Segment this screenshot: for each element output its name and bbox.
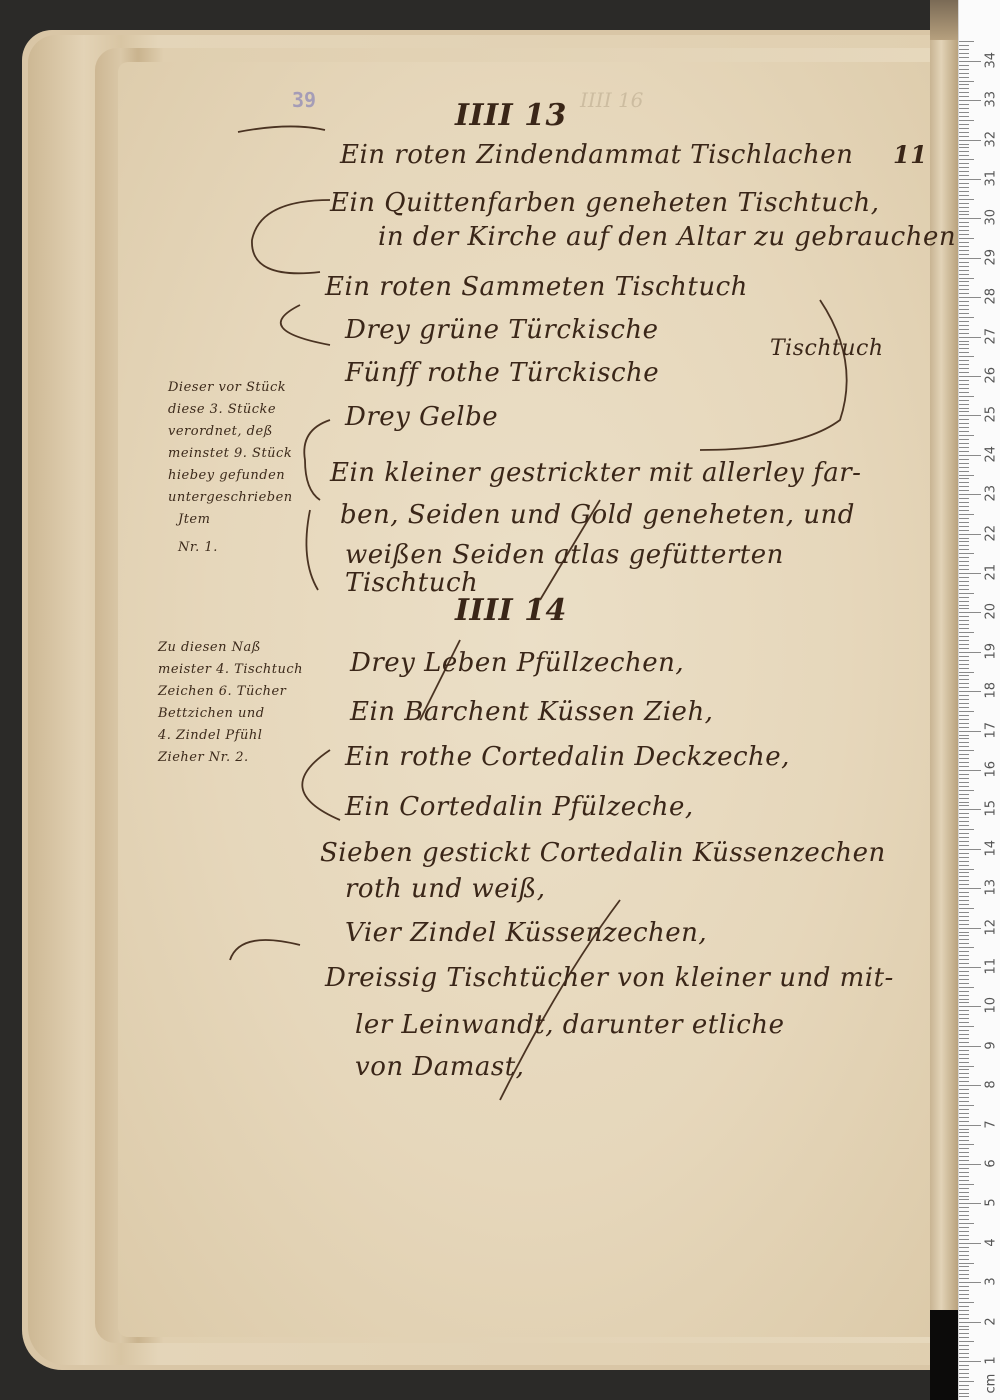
ruler-label: 3	[984, 1274, 999, 1290]
ruler-tick	[959, 869, 974, 870]
ruler-tick	[959, 569, 969, 570]
ruler-tick	[959, 534, 981, 535]
ruler-tick	[959, 947, 974, 948]
ruler-tick	[959, 274, 969, 275]
ruler-tick	[959, 1314, 969, 1315]
ruler-tick	[959, 419, 969, 420]
ruler-tick	[959, 128, 969, 129]
ruler-tick	[959, 1278, 969, 1279]
ruler-tick	[959, 1298, 969, 1299]
ruler-tick	[959, 506, 969, 507]
ruler-tick	[959, 1156, 969, 1157]
ruler-tick	[959, 754, 969, 755]
ruler-tick	[959, 640, 969, 641]
ruler-tick	[959, 884, 969, 885]
ruler-tick	[959, 695, 969, 696]
ruler-tick	[959, 1326, 969, 1327]
ruler-tick	[959, 605, 969, 606]
ruler-tick	[959, 167, 969, 168]
ruler-tick	[959, 766, 969, 767]
ruler-tick	[959, 329, 969, 330]
ruler-tick	[959, 388, 969, 389]
ruler-tick	[959, 750, 974, 751]
ruler-tick	[959, 61, 981, 62]
ruler-tick	[959, 360, 969, 361]
ruler-tick	[959, 672, 974, 673]
ruler-label: 27	[984, 328, 999, 344]
ruler-tick	[959, 341, 969, 342]
ruler-tick	[959, 731, 981, 732]
ruler-tick	[959, 356, 974, 357]
ruler-tick	[959, 222, 969, 223]
ruler-tick	[959, 959, 969, 960]
margin-note-line: verordnet, deß	[168, 424, 273, 439]
ruler-label: 16	[984, 762, 999, 778]
margin-note-line: 4. Zindel Pfühl	[158, 728, 262, 743]
ruler-tick	[959, 1125, 981, 1126]
ruler-tick	[959, 297, 981, 298]
ruler-label: 34	[984, 52, 999, 68]
ruler-tick	[959, 888, 981, 889]
ruler-tick	[959, 337, 981, 338]
ruler-tick	[959, 664, 969, 665]
ruler-tick	[959, 770, 981, 771]
ruler-tick	[959, 876, 969, 877]
ruler-tick	[959, 601, 969, 602]
ruler-tick	[959, 916, 969, 917]
ruler-tick	[959, 955, 969, 956]
ruler-tick	[959, 258, 981, 259]
ruler-tick	[959, 829, 974, 830]
ruler-tick	[959, 1243, 981, 1244]
ruler-tick	[959, 896, 969, 897]
ruler-tick	[959, 1389, 969, 1390]
ruler-tick	[959, 817, 969, 818]
ruler-tick	[959, 1322, 981, 1323]
ruler-tick	[959, 478, 969, 479]
ruler-tick	[959, 384, 969, 385]
entry-header-13: IIII 13	[455, 98, 567, 133]
ruler-tick	[959, 1093, 969, 1094]
ruler-tick	[959, 585, 969, 586]
margin-note-line: Bettzichen und	[158, 706, 265, 721]
ruler-tick	[959, 404, 969, 405]
ruler-tick	[959, 92, 969, 93]
ruler-tick	[959, 313, 969, 314]
text-line: Ein rothe Cortedalin Deckzeche,	[345, 742, 790, 772]
ruler-tick	[959, 727, 969, 728]
ruler-tick	[959, 321, 969, 322]
ruler-tick	[959, 983, 969, 984]
ruler-tick	[959, 1377, 969, 1378]
ruler-tick	[959, 857, 969, 858]
ruler-tick	[959, 423, 969, 424]
ruler-tick	[959, 526, 969, 527]
ruler-tick	[959, 1018, 969, 1019]
ruler-tick	[959, 620, 969, 621]
text-line: roth und weiß,	[345, 874, 546, 904]
ruler-tick	[959, 1211, 969, 1212]
ruler-tick	[959, 1006, 981, 1007]
text-line: Drey grüne Türckische	[345, 315, 659, 345]
ruler-tick	[959, 254, 969, 255]
ruler-tick	[959, 951, 969, 952]
ruler-tick	[959, 1038, 969, 1039]
ruler-tick	[959, 147, 969, 148]
ruler-tick	[959, 183, 969, 184]
ruler-tick	[959, 691, 981, 692]
ruler-tick	[959, 636, 969, 637]
ruler-tick	[959, 100, 981, 101]
ruler-tick	[959, 624, 969, 625]
ruler-tick	[959, 589, 969, 590]
ruler-tick	[959, 104, 969, 105]
ruler-tick	[959, 510, 969, 511]
ruler-tick	[959, 979, 969, 980]
ruler-tick	[959, 471, 969, 472]
measurement-ruler: cm 1234567891011121314151617181920212223…	[958, 0, 1000, 1400]
ruler-label: 25	[984, 407, 999, 423]
ruler-tick	[959, 1306, 969, 1307]
ruler-tick	[959, 88, 969, 89]
ruler-tick	[959, 175, 969, 176]
ruler-tick	[959, 57, 969, 58]
ruler-label: 29	[984, 249, 999, 265]
ruler-tick	[959, 368, 969, 369]
ruler-tick	[959, 616, 969, 617]
margin-note-line: untergeschrieben	[168, 490, 293, 505]
ruler-tick	[959, 144, 969, 145]
ruler-tick	[959, 238, 974, 239]
ruler-tick	[959, 455, 981, 456]
text-line: Drey Leben Pfüllzechen,	[350, 648, 684, 678]
ruler-label: 11	[984, 959, 999, 975]
text-line: Dreissig Tischtücher von kleiner und mit…	[325, 963, 894, 993]
ruler-tick	[959, 1353, 969, 1354]
ruler-tick	[959, 561, 969, 562]
ruler-tick	[959, 865, 969, 866]
ruler-label: 5	[984, 1195, 999, 1211]
ruler-tick	[959, 821, 969, 822]
ruler-label: 4	[984, 1234, 999, 1250]
ruler-tick	[959, 364, 969, 365]
ruler-tick	[959, 943, 969, 944]
ruler-label: 17	[984, 722, 999, 738]
ruler-tick	[959, 1381, 974, 1382]
ruler-tick	[959, 1022, 969, 1023]
ruler-tick	[959, 530, 969, 531]
ruler-tick	[959, 348, 969, 349]
ruler-tick	[959, 1329, 969, 1330]
ruler-tick	[959, 195, 969, 196]
ruler-tick	[959, 1073, 969, 1074]
ruler-tick	[959, 475, 974, 476]
ruler-tick	[959, 463, 969, 464]
ruler-tick	[959, 1199, 969, 1200]
ruler-tick	[959, 1160, 969, 1161]
ruler-tick	[959, 305, 969, 306]
ruler-tick	[959, 1148, 969, 1149]
ruler-tick	[959, 746, 969, 747]
ruler-tick	[959, 41, 974, 42]
ruler-tick	[959, 1259, 969, 1260]
text-line: Ein Barchent Küssen Zieh,	[350, 697, 713, 727]
text-line: weißen Seiden atlas gefütterten	[345, 540, 784, 570]
ruler-tick	[959, 1282, 981, 1283]
ruler-tick	[959, 285, 969, 286]
ruler-tick	[959, 120, 974, 121]
ruler-label: 6	[984, 1156, 999, 1172]
ruler-tick	[959, 1361, 981, 1362]
ruler-tick	[959, 486, 969, 487]
ruler-tick	[959, 557, 969, 558]
ruler-tick	[959, 632, 974, 633]
ruler-tick	[959, 593, 974, 594]
ruler-tick	[959, 723, 969, 724]
ruler-tick	[959, 380, 969, 381]
ruler-tick	[959, 675, 969, 676]
ruler-tick	[959, 1034, 969, 1035]
ruler-tick	[959, 140, 981, 141]
margin-note-line: Zieher Nr. 2.	[158, 750, 249, 765]
entry-header-14: IIII 14	[455, 593, 567, 628]
ruler-tick	[959, 1081, 969, 1082]
margin-note-line: Nr. 1.	[178, 540, 218, 555]
ruler-tick	[959, 191, 969, 192]
ruler-tick	[959, 825, 969, 826]
ruler-tick	[959, 837, 969, 838]
ruler-tick	[959, 69, 969, 70]
ruler-tick	[959, 1129, 969, 1130]
ruler-tick	[959, 1042, 969, 1043]
ruler-tick	[959, 431, 969, 432]
ruler-tick	[959, 872, 969, 873]
ruler-tick	[959, 1207, 969, 1208]
ruler-tick	[959, 920, 969, 921]
ruler-tick	[959, 1172, 969, 1173]
ruler-tick	[959, 234, 969, 235]
ruler-tick	[959, 1132, 969, 1133]
ruler-tick	[959, 1385, 969, 1386]
ruler-label: 13	[984, 880, 999, 896]
ruler-tick	[959, 1164, 981, 1165]
ruler-tick	[959, 451, 969, 452]
ruler-tick	[959, 703, 969, 704]
ruler-tick	[959, 735, 969, 736]
ruler-tick	[959, 301, 969, 302]
ruler-tick	[959, 679, 969, 680]
ruler-tick	[959, 1393, 969, 1394]
ruler-tick	[959, 841, 969, 842]
ruler-tick	[959, 656, 969, 657]
ruler-tick	[959, 514, 974, 515]
ruler-tick	[959, 266, 969, 267]
ruler-tick	[959, 435, 974, 436]
ruler-label: 1	[984, 1353, 999, 1369]
ruler-tick	[959, 439, 969, 440]
ruler-tick	[959, 116, 969, 117]
ruler-tick	[959, 924, 969, 925]
ruler-tick	[959, 738, 969, 739]
ruler-tick	[959, 211, 969, 212]
ruler-label: 23	[984, 486, 999, 502]
ruler-tick	[959, 612, 981, 613]
ruler-tick	[959, 376, 981, 377]
ruler-tick	[959, 861, 969, 862]
ruler-tick	[959, 668, 969, 669]
ruler-tick	[959, 935, 969, 936]
ruler-tick	[959, 53, 969, 54]
ruler-tick	[959, 1026, 974, 1027]
ruler-tick	[959, 573, 981, 574]
ruler-tick	[959, 522, 969, 523]
ruler-tick	[959, 1203, 981, 1204]
ruler-tick	[959, 1310, 969, 1311]
ruler-tick	[959, 813, 969, 814]
margin-note-line: Zu diesen Naß	[158, 640, 261, 655]
ruler-label: 7	[984, 1116, 999, 1132]
ruler-tick	[959, 1357, 969, 1358]
ruler-tick	[959, 49, 969, 50]
ruler-tick	[959, 581, 969, 582]
ruler-tick	[959, 538, 969, 539]
ruler-tick	[959, 293, 969, 294]
ruler-tick	[959, 1286, 969, 1287]
ruler-tick	[959, 482, 969, 483]
ruler-tick	[959, 207, 969, 208]
ruler-tick	[959, 774, 969, 775]
ruler-tick	[959, 778, 969, 779]
ruler-tick	[959, 1263, 974, 1264]
ruler-tick	[959, 427, 969, 428]
ruler-tick	[959, 1365, 969, 1366]
margin-note-line: Jtem	[178, 512, 210, 527]
ruler-tick	[959, 798, 969, 799]
ruler-tick	[959, 912, 969, 913]
ruler-tick	[959, 1117, 969, 1118]
ruler-tick	[959, 1302, 974, 1303]
ruler-label: 30	[984, 210, 999, 226]
ruler-label: 15	[984, 801, 999, 817]
ruler-tick	[959, 553, 974, 554]
right-margin-note: Tischtuch	[770, 336, 884, 361]
ruler-tick	[959, 132, 969, 133]
ruler-tick	[959, 1227, 969, 1228]
ruler-tick	[959, 999, 969, 1000]
ruler-tick	[959, 928, 981, 929]
ruler-tick	[959, 159, 974, 160]
ruler-tick	[959, 73, 969, 74]
ruler-tick	[959, 1290, 969, 1291]
text-line: Vier Zindel Küssenzechen,	[345, 918, 707, 948]
ruler-tick	[959, 411, 969, 412]
ruler-tick	[959, 1014, 969, 1015]
ruler-tick	[959, 644, 969, 645]
ruler-tick	[959, 1097, 969, 1098]
ruler-tick	[959, 1058, 969, 1059]
ruler-tick	[959, 1266, 969, 1267]
ruler-tick	[959, 1223, 974, 1224]
ruler-tick	[959, 65, 969, 66]
ruler-tick	[959, 400, 969, 401]
ruler-tick	[959, 1215, 969, 1216]
ruler-tick	[959, 408, 969, 409]
ruler-tick	[959, 833, 969, 834]
ruler-tick	[959, 652, 981, 653]
ruler-tick	[959, 1231, 969, 1232]
ruler-tick	[959, 1140, 969, 1141]
ruler-label: 12	[984, 919, 999, 935]
ruler-tick	[959, 96, 969, 97]
ruler-tick	[959, 1168, 969, 1169]
ruler-tick	[959, 262, 969, 263]
ruler-tick	[959, 498, 969, 499]
ruler-tick	[959, 853, 969, 854]
ruler-tick	[959, 502, 969, 503]
ruler-tick	[959, 892, 969, 893]
ruler-tick	[959, 900, 969, 901]
ruler-tick	[959, 155, 969, 156]
ruler-tick	[959, 683, 969, 684]
ruler-tick	[959, 1030, 969, 1031]
ruler-tick	[959, 136, 969, 137]
ruler-tick	[959, 325, 969, 326]
ruler-tick	[959, 908, 974, 909]
ruler-tick	[959, 1180, 969, 1181]
ruler-tick	[959, 971, 969, 972]
ruler-tick	[959, 849, 981, 850]
ruler-tick	[959, 372, 969, 373]
ruler-tick	[959, 344, 969, 345]
ruler-label: 24	[984, 446, 999, 462]
ruler-label: 20	[984, 604, 999, 620]
ruler-tick	[959, 518, 969, 519]
margin-note-line: meister 4. Tischtuch	[158, 662, 303, 677]
ruler-tick	[959, 415, 981, 416]
ruler-label: 28	[984, 289, 999, 305]
ruler-tick	[959, 396, 974, 397]
ruler-tick	[959, 1251, 969, 1252]
ruler-tick	[959, 1333, 969, 1334]
ruler-tick	[959, 77, 969, 78]
ruler-tick	[959, 794, 969, 795]
ruler-tick	[959, 242, 969, 243]
ruler-tick	[959, 1069, 969, 1070]
ruler-tick	[959, 1345, 969, 1346]
ruler-label: 2	[984, 1313, 999, 1329]
text-line: in der Kirche auf den Altar zu gebrauche…	[378, 222, 956, 252]
ruler-tick	[959, 549, 969, 550]
ruler-tick	[959, 1121, 969, 1122]
ruler-tick	[959, 1369, 969, 1370]
ruler-tick	[959, 333, 969, 334]
ruler-tick	[959, 281, 969, 282]
margin-note-line: hiebey gefunden	[168, 468, 285, 483]
ruler-tick	[959, 719, 969, 720]
ruler-tick	[959, 214, 969, 215]
ruler-tick	[959, 845, 969, 846]
ruler-tick	[959, 967, 981, 968]
ruler-tick	[959, 711, 974, 712]
ruler-tick	[959, 545, 969, 546]
ruler-tick	[959, 179, 981, 180]
ruler-unit-label: cm	[984, 1378, 999, 1394]
ruler-tick	[959, 987, 974, 988]
ruler-tick	[959, 1337, 969, 1338]
ruler-tick	[959, 1373, 969, 1374]
text-line: Tischtuch	[345, 568, 478, 598]
ruler-tick	[959, 494, 981, 495]
